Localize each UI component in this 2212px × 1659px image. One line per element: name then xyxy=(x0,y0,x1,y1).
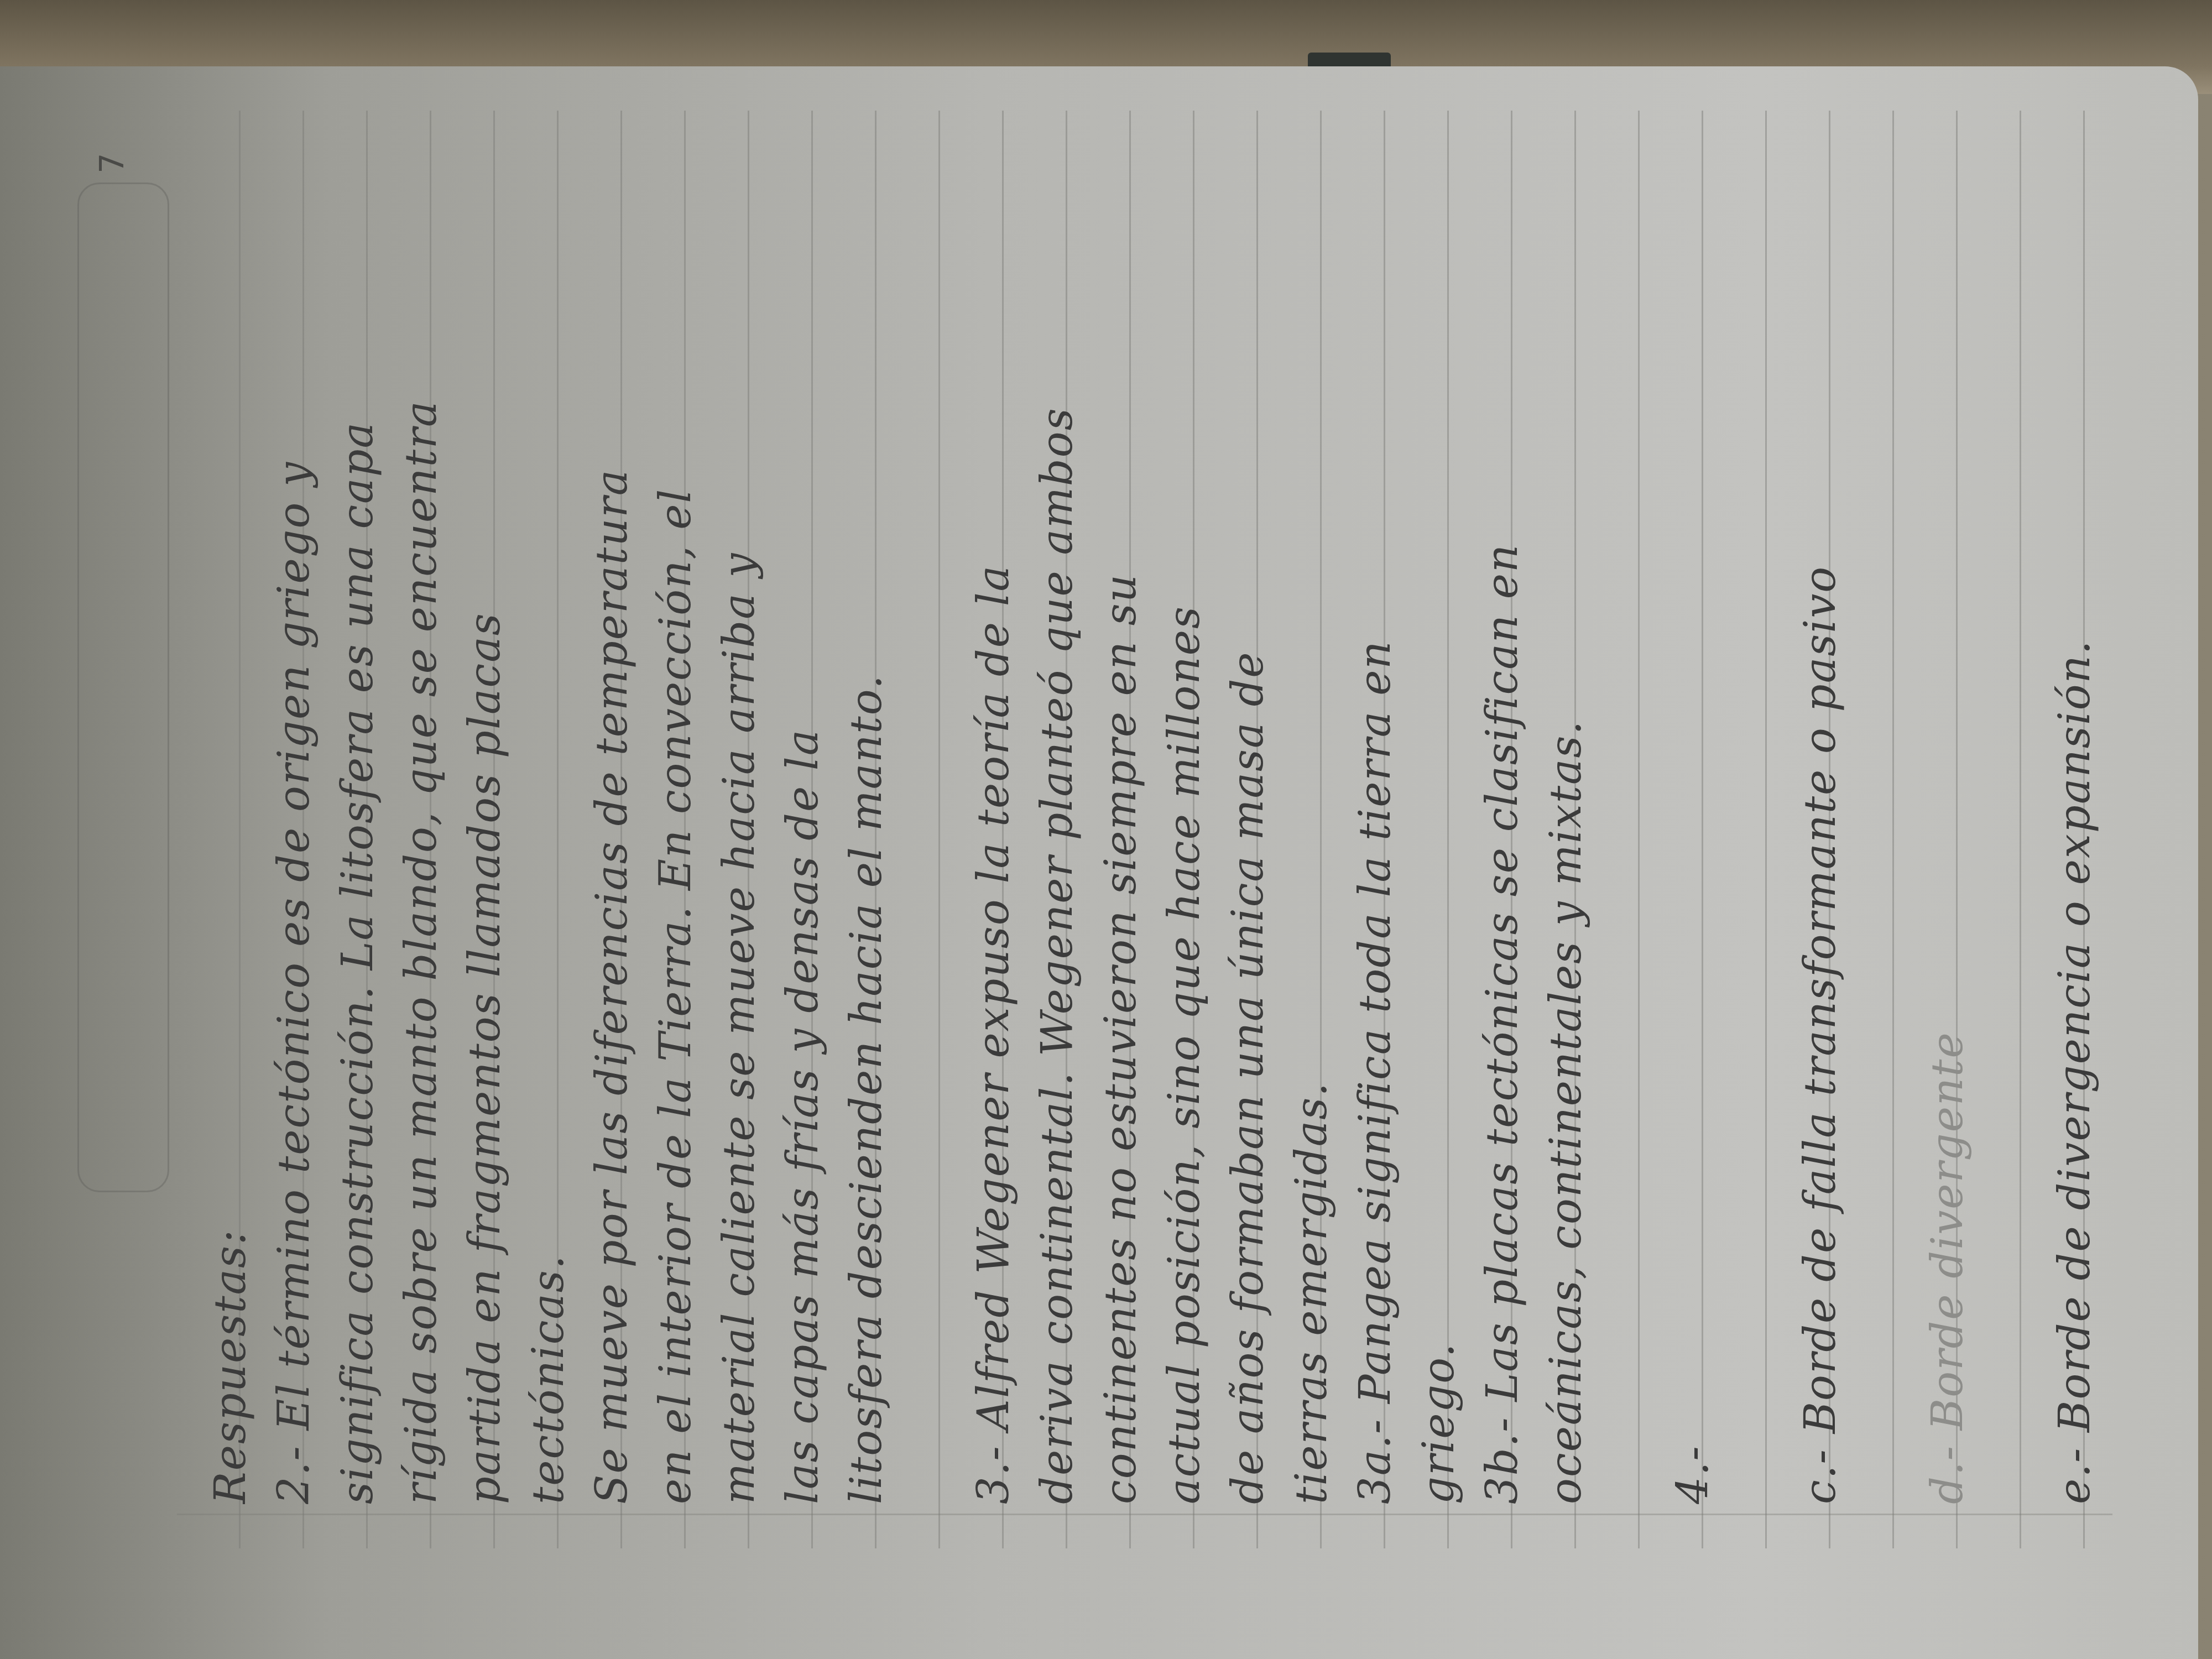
handwritten-content: Respuestas: 2.- El término tectónico es … xyxy=(199,122,2171,1504)
text-line: de años formaban una única masa de xyxy=(1217,122,1280,1504)
text-line: partida en fragmentos llamados placas xyxy=(453,122,517,1504)
text-line: Se mueve por las diferencias de temperat… xyxy=(581,122,644,1504)
answer-2: 2.- El término tectónico es de origen gr… xyxy=(263,122,899,1504)
page-number-box xyxy=(77,182,169,1192)
page-number: 7 xyxy=(93,153,132,173)
text-line: 3a.- Pangea significa toda la tierra en xyxy=(1344,122,1407,1504)
heading: Respuestas: xyxy=(199,122,263,1504)
handwritten-sheet: Respuestas: 2.- El término tectónico es … xyxy=(177,111,2112,1548)
text-line: material caliente se mueve hacia arriba … xyxy=(708,122,771,1504)
text-line: oceánicas, continentales y mixtas. xyxy=(1535,122,1598,1504)
text-line: actual posición, sino que hace millones xyxy=(1153,122,1217,1504)
answer-3: 3.- Alfred Wegener expuso la teoría de l… xyxy=(962,122,1344,1504)
text-line: tierras emergidas. xyxy=(1280,122,1344,1504)
answer-4-label: 4.- xyxy=(1662,122,1725,1504)
text-line: rígida sobre un manto blando, que se enc… xyxy=(390,122,453,1504)
answer-3b: 3b.- Las placas tectónicas se clasifican… xyxy=(1471,122,1598,1504)
text-line: las capas más frías y densas de la xyxy=(771,122,835,1504)
text-line: griego. xyxy=(1407,122,1471,1504)
answer-3a: 3a.- Pangea significa toda la tierra eng… xyxy=(1344,122,1471,1504)
margin-line xyxy=(177,1514,2112,1515)
text-line: significa construcción. La litosfera es … xyxy=(326,122,390,1504)
answer-4-item: e.- Borde de divergencia o expansión. xyxy=(2043,122,2107,1504)
text-line: tectónicas. xyxy=(517,122,581,1504)
answer-4-item: d.- Borde divergente xyxy=(1916,122,1980,1504)
text-line: 3b.- Las placas tectónicas se clasifican… xyxy=(1471,122,1535,1504)
text-line: deriva continental. Wegener planteó que … xyxy=(1026,122,1089,1504)
text-line: 3.- Alfred Wegener expuso la teoría de l… xyxy=(962,122,1026,1504)
answer-4-item: c.- Borde de falla transformante o pasiv… xyxy=(1789,122,1853,1504)
text-line: litosfera descienden hacia el manto. xyxy=(835,122,899,1504)
text-line: 2.- El término tectónico es de origen gr… xyxy=(263,122,326,1504)
answer-4-items: c.- Borde de falla transformante o pasiv… xyxy=(1789,122,2171,1504)
text-line: en el interior de la Tierra. En convecci… xyxy=(644,122,708,1504)
text-line: continentes no estuvieron siempre en su xyxy=(1089,122,1153,1504)
